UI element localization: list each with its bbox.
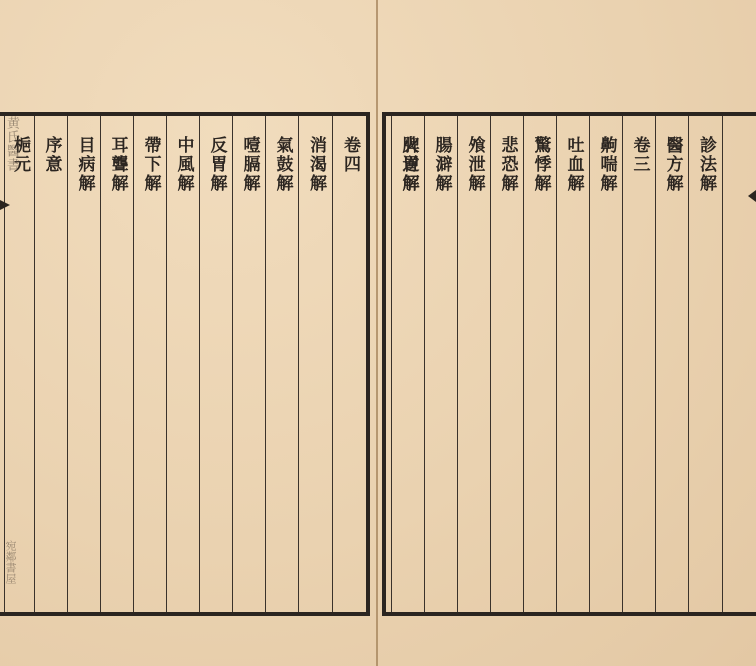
column: 目病解 — [67, 116, 100, 612]
column-text: 腸澼解 — [433, 136, 450, 193]
column-text: 消渴解 — [307, 136, 324, 193]
column: 齁喘解 — [589, 116, 622, 612]
book-gutter — [376, 0, 378, 666]
column: 梔元 — [4, 116, 34, 612]
column: 序意 — [34, 116, 67, 612]
column-text: 序意 — [43, 136, 60, 174]
column-text: 診法解 — [697, 136, 714, 193]
column: 腸澼解 — [424, 116, 457, 612]
column: 反胃解 — [199, 116, 232, 612]
column: 飧泄解 — [457, 116, 490, 612]
block-heart-title: 黄氏醫書 — [2, 116, 21, 172]
column-text: 火逆解 — [400, 136, 417, 193]
block-heart-publisher: 宛鄰書屋 — [2, 540, 18, 584]
column-text: 噎膈解 — [241, 136, 258, 193]
column-text: 反胃解 — [208, 136, 225, 193]
column: 火逆解 — [386, 116, 391, 612]
column-text: 中風解 — [175, 136, 192, 193]
column: 診法解 — [688, 116, 722, 612]
column-text: 耳聾解 — [109, 136, 126, 193]
column-text: 吐血解 — [565, 136, 582, 193]
column: 驚悸解 — [523, 116, 556, 612]
column-text: 驚悸解 — [532, 136, 549, 193]
column: 醫方解 — [655, 116, 688, 612]
column: 吐血解 — [556, 116, 589, 612]
column: 消渴解 — [298, 116, 332, 612]
column: 中風解 — [166, 116, 199, 612]
column — [722, 116, 756, 612]
column: 耳聾解 — [100, 116, 133, 612]
column-text: 悲恐解 — [499, 136, 516, 193]
column-text: 帶下解 — [142, 136, 159, 193]
column-text: 氣鼓解 — [274, 136, 291, 193]
column-text: 醫方解 — [664, 136, 681, 193]
column: 帶下解 — [133, 116, 166, 612]
left-page-frame: 卷四 消渴解 氣鼓解 噎膈解 反胃解 中風解 帶下解 耳聾解 目病解 序意 梔元 — [0, 112, 370, 616]
column-text: 飧泄解 — [466, 136, 483, 193]
right-page-frame: 診法解 醫方解 卷三 齁喘解 吐血解 驚悸解 悲恐解 飧泄解 腸澼解 脾胃解 火… — [382, 112, 756, 616]
column-text: 卷四 — [341, 136, 358, 174]
column: 卷三 — [622, 116, 655, 612]
column-text: 齁喘解 — [598, 136, 615, 193]
column: 氣鼓解 — [265, 116, 298, 612]
column: 悲恐解 — [490, 116, 523, 612]
column-text: 卷三 — [631, 136, 648, 174]
column: 噎膈解 — [232, 116, 265, 612]
column: 卷四 — [332, 116, 366, 612]
column-text: 目病解 — [76, 136, 93, 193]
